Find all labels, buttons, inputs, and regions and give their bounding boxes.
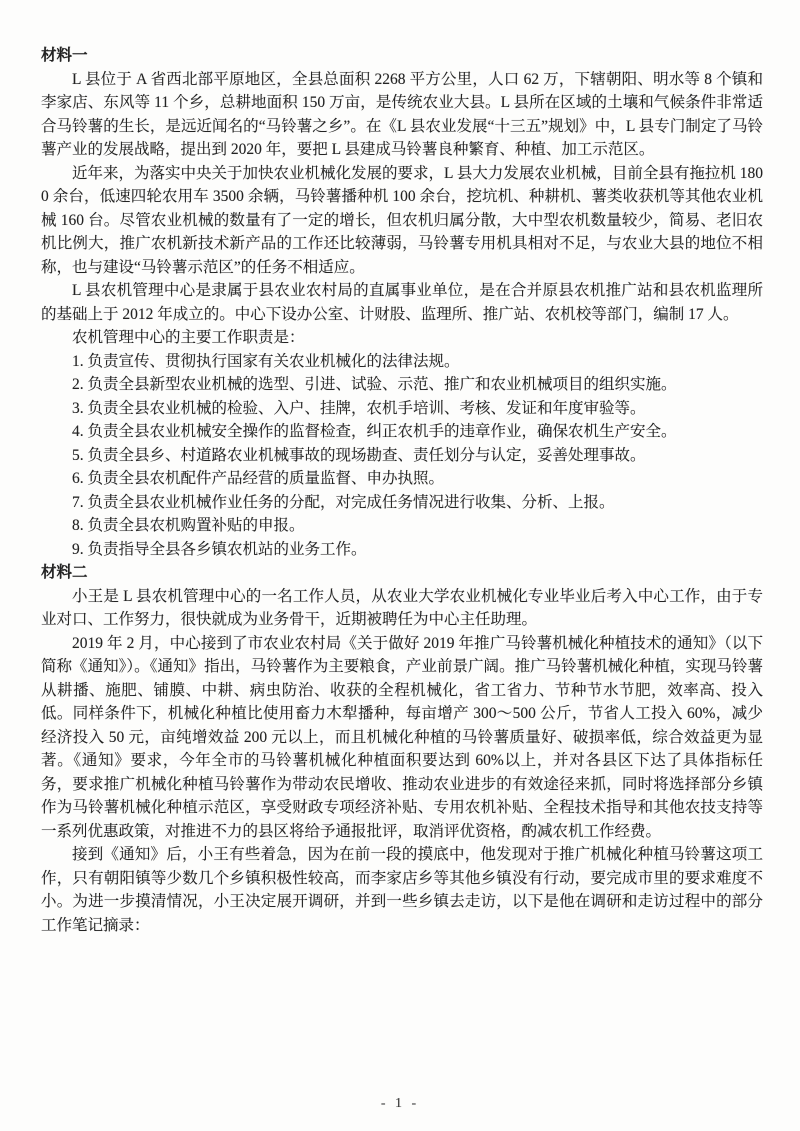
duty-item-9: 9. 负责指导全县各乡镇农机站的业务工作。 [41,538,763,562]
paragraph-research-plan: 接到《通知》后，小王有些着急，因为在前一段的摸底中，他发现对于推广机械化种植马铃… [41,843,763,937]
section-material-2: 材料二 小王是 L 县农机管理中心的一名工作人员，从农业大学农业机械化专业毕业后… [41,561,763,937]
duty-item-1: 1. 负责宣传、贯彻执行国家有关农业机械化的法律法规。 [41,350,763,374]
material-2-heading: 材料二 [41,561,763,585]
paragraph-xiaowang-intro: 小王是 L 县农机管理中心的一名工作人员，从农业大学农业机械化专业毕业后考入中心… [41,585,763,632]
page-number: - 1 - [381,1096,419,1111]
paragraph-duties-lead-in: 农机管理中心的主要工作职责是： [41,326,763,350]
paragraph-center-intro: L 县农机管理中心是隶属于县农业农村局的直属事业单位，是在合并原县农机推广站和县… [41,279,763,326]
duty-item-2: 2. 负责全县新型农业机械的选型、引进、试验、示范、推广和农业机械项目的组织实施… [41,373,763,397]
paragraph-machinery-status: 近年来，为落实中央关于加快农业机械化发展的要求，L 县大力发展农业机械，目前全县… [41,162,763,280]
page-footer: - 1 - [0,1094,800,1114]
duty-item-4: 4. 负责全县农业机械安全操作的监督检查，纠正农机手的违章作业，确保农机生产安全… [41,420,763,444]
duty-item-3: 3. 负责全县农业机械的检验、入户、挂牌，农机手培训、考核、发证和年度审验等。 [41,397,763,421]
document-content: 材料一 L 县位于 A 省西北部平原地区，全县总面积 2268 平方公里，人口 … [41,44,763,937]
duty-item-5: 5. 负责全县乡、村道路农业机械事故的现场勘查、责任划分与认定，妥善处理事故。 [41,444,763,468]
paragraph-county-overview: L 县位于 A 省西北部平原地区，全县总面积 2268 平方公里，人口 62 万… [41,68,763,162]
duty-item-7: 7. 负责全县农业机械作业任务的分配，对完成任务情况进行收集、分析、上报。 [41,491,763,515]
paragraph-notice-content: 2019 年 2 月，中心接到了市农业农村局《关于做好 2019 年推广马铃薯机… [41,632,763,844]
document-page: 材料一 L 县位于 A 省西北部平原地区，全县总面积 2268 平方公里，人口 … [0,0,800,1131]
section-material-1: 材料一 L 县位于 A 省西北部平原地区，全县总面积 2268 平方公里，人口 … [41,44,763,561]
material-1-heading: 材料一 [41,44,763,68]
duty-item-8: 8. 负责全县农机购置补贴的申报。 [41,514,763,538]
duty-item-6: 6. 负责全县农机配件产品经营的质量监督、申办执照。 [41,467,763,491]
